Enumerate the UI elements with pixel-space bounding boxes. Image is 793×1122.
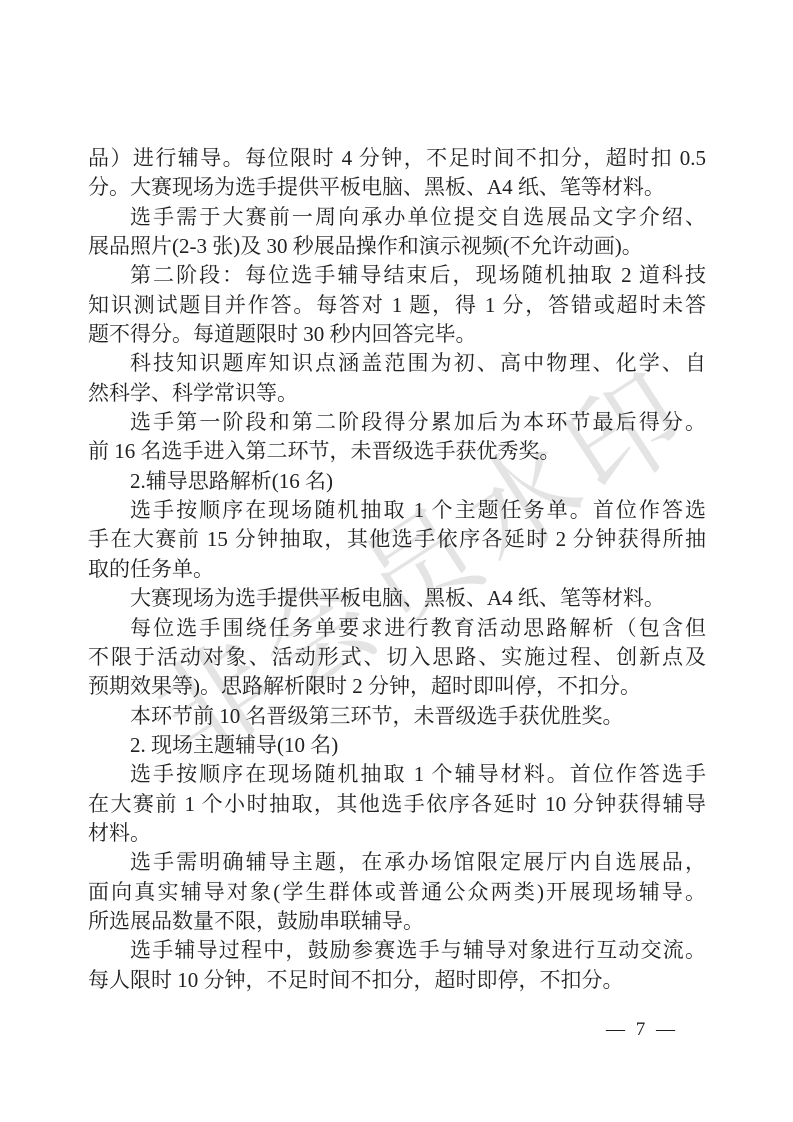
section-heading: 2.辅导思路解析(16 名)	[88, 467, 706, 496]
text-line: 前 16 名选手进入第二环节，未晋级选手获优秀奖。	[88, 437, 706, 466]
document-page: 非会员水印 品）进行辅导。每位限时 4 分钟，不足时间不扣分，超时扣 0.5 分…	[0, 0, 793, 1122]
text-line: 材料。	[88, 819, 706, 848]
text-line: 手在大赛前 15 分钟抽取，其他选手依序各延时 2 分钟获得所抽	[88, 525, 706, 554]
text-line: 选手需于大赛前一周向承办单位提交自选展品文字介绍、	[88, 203, 706, 232]
text-line: 取的任务单。	[88, 555, 706, 584]
text-line: 然科学、科学常识等。	[88, 379, 706, 408]
text-line: 分。大赛现场为选手提供平板电脑、黑板、A4 纸、笔等材料。	[88, 173, 706, 202]
text-line: 预期效果等)。思路解析限时 2 分钟，超时即叫停，不扣分。	[88, 672, 706, 701]
text-line: 本环节前 10 名晋级第三环节，未晋级选手获优胜奖。	[88, 702, 706, 731]
document-body: 品）进行辅导。每位限时 4 分钟，不足时间不扣分，超时扣 0.5 分。大赛现场为…	[88, 144, 706, 995]
text-line: 选手辅导过程中，鼓励参赛选手与辅导对象进行互动交流。	[88, 936, 706, 965]
text-line: 所选展品数量不限，鼓励串联辅导。	[88, 907, 706, 936]
text-line: 第二阶段：每位选手辅导结束后，现场随机抽取 2 道科技	[88, 261, 706, 290]
text-line: 选手第一阶段和第二阶段得分累加后为本环节最后得分。	[88, 408, 706, 437]
text-line: 选手需明确辅导主题，在承办场馆限定展厅内自选展品，	[88, 848, 706, 877]
text-line: 题不得分。每道题限时 30 秒内回答完毕。	[88, 320, 706, 349]
section-heading: 2. 现场主题辅导(10 名)	[88, 731, 706, 760]
text-line: 选手按顺序在现场随机抽取 1 个辅导材料。首位作答选手	[88, 760, 706, 789]
page-number: — 7 —	[606, 1019, 678, 1041]
text-line: 展品照片(2-3 张)及 30 秒展品操作和演示视频(不允许动画)。	[88, 232, 706, 261]
text-line: 每人限时 10 分钟，不足时间不扣分，超时即停，不扣分。	[88, 966, 706, 995]
text-line: 在大赛前 1 个小时抽取，其他选手依序各延时 10 分钟获得辅导	[88, 790, 706, 819]
text-line: 选手按顺序在现场随机抽取 1 个主题任务单。首位作答选	[88, 496, 706, 525]
text-line: 大赛现场为选手提供平板电脑、黑板、A4 纸、笔等材料。	[88, 584, 706, 613]
text-line: 知识测试题目并作答。每答对 1 题，得 1 分，答错或超时未答	[88, 291, 706, 320]
text-line: 品）进行辅导。每位限时 4 分钟，不足时间不扣分，超时扣 0.5	[88, 144, 706, 173]
text-line: 不限于活动对象、活动形式、切入思路、实施过程、创新点及	[88, 643, 706, 672]
text-line: 每位选手围绕任务单要求进行教育活动思路解析（包含但	[88, 614, 706, 643]
text-line: 面向真实辅导对象(学生群体或普通公众两类)开展现场辅导。	[88, 878, 706, 907]
text-line: 科技知识题库知识点涵盖范围为初、高中物理、化学、自	[88, 349, 706, 378]
